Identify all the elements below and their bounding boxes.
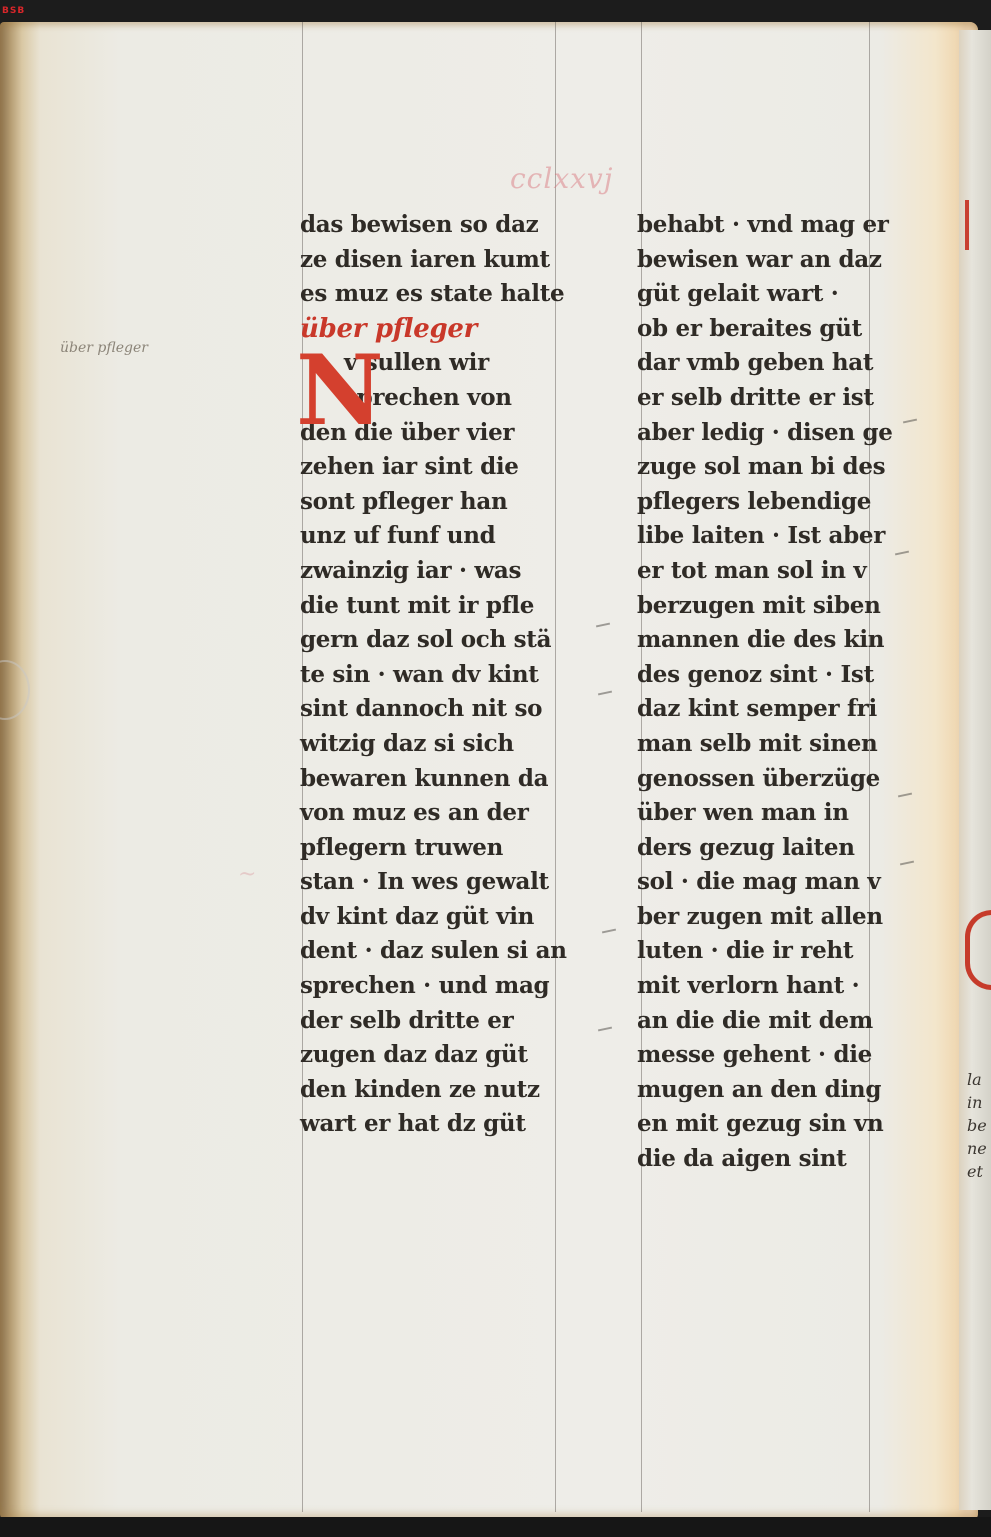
initial-block: N v sullen wir sprechen von [300, 346, 600, 415]
text-line: ber zugen mit allen [637, 900, 897, 935]
text-line: wart er hat dz güt [300, 1107, 600, 1142]
text-line: sont pfleger han [300, 485, 600, 520]
text-line: bewisen war an daz [637, 243, 897, 278]
facing-page-text: in [967, 1093, 982, 1112]
text-line: mannen die des kin [637, 623, 897, 658]
folio-number: cclxxvj [510, 162, 613, 195]
text-line: dent · daz sulen si an [300, 934, 600, 969]
text-line: zehen iar sint die [300, 450, 600, 485]
text-line: sol · die mag man v [637, 865, 897, 900]
scan-background-bottom [0, 1517, 991, 1537]
text-line: te sin · wan dv kint [300, 658, 600, 693]
text-line: mit verlorn hant · [637, 969, 897, 1004]
scan-source-label: BSB [2, 6, 25, 16]
text-line: zwainzig iar · was [300, 554, 600, 589]
text-line: witzig daz si sich [300, 727, 600, 762]
text-line: güt gelait wart · [637, 277, 897, 312]
text-line: den kinden ze nutz [300, 1073, 600, 1108]
facing-page-text: la [967, 1070, 982, 1089]
text-line: gern daz sol och stä [300, 623, 600, 658]
text-line: man selb mit sinen [637, 727, 897, 762]
text-column-b: behabt · vnd mag er bewisen war an daz g… [637, 208, 897, 1177]
text-line: über wen man in [637, 796, 897, 831]
text-line: pflegers lebendige [637, 485, 897, 520]
text-line: es muz es state halte [300, 277, 600, 312]
text-line: das bewisen so daz [300, 208, 600, 243]
text-line-red-initial: des genoz sint · Ist [637, 658, 897, 693]
facing-page-edge: la in be ne et [959, 30, 991, 1510]
text-line: sint dannoch nit so [300, 692, 600, 727]
text-line: der selb dritte er [300, 1004, 600, 1039]
text-line: aber ledig · disen ge [637, 416, 897, 451]
text-line: daz kint semper fri [637, 692, 897, 727]
text-line: ze disen iaren kumt [300, 243, 600, 278]
text-line: mugen an den ding [637, 1073, 897, 1108]
text-line: en mit gezug sin vn [637, 1107, 897, 1142]
text-line: ders gezug laiten [637, 831, 897, 866]
text-line: er tot man sol in v [637, 554, 897, 589]
facing-page-text: ne [967, 1139, 987, 1158]
text-line: unz uf funf und [300, 519, 600, 554]
text-line: von muz es an der [300, 796, 600, 831]
text-line: berzugen mit siben [637, 589, 897, 624]
decorated-initial: N [296, 346, 383, 436]
text-line: behabt · vnd mag er [637, 208, 897, 243]
text-line: genossen überzüge [637, 762, 897, 797]
facing-page-red-initial [965, 910, 991, 990]
text-line-red-initial: stan · In wes gewalt [300, 865, 600, 900]
text-line: luten · die ir reht [637, 934, 897, 969]
text-line: die da aigen sint [637, 1142, 897, 1177]
text-line: bewaren kunnen da [300, 762, 600, 797]
text-line: zugen daz daz güt [300, 1038, 600, 1073]
text-column-a: das bewisen so daz ze disen iaren kumt e… [300, 208, 600, 1142]
text-line-red-initial: libe laiten · Ist aber [637, 519, 897, 554]
text-line: messe gehent · die [637, 1038, 897, 1073]
bleed-through-mark: ~ [238, 862, 256, 887]
text-line: ob er beraites güt [637, 312, 897, 347]
text-line: dar vmb geben hat [637, 346, 897, 381]
text-line: er selb dritte er ist [637, 381, 897, 416]
text-line: an die die mit dem [637, 1004, 897, 1039]
text-line: zuge sol man bi des [637, 450, 897, 485]
text-line: die tunt mit ir pfle [300, 589, 600, 624]
text-line: dv kint daz güt vin [300, 900, 600, 935]
facing-page-text: be [967, 1116, 987, 1135]
margin-annotation: über pfleger [60, 340, 148, 356]
text-line: pflegern truwen [300, 831, 600, 866]
facing-page-text: et [967, 1162, 983, 1181]
facing-page-rubric-mark [965, 200, 969, 250]
text-line: sprechen · und mag [300, 969, 600, 1004]
